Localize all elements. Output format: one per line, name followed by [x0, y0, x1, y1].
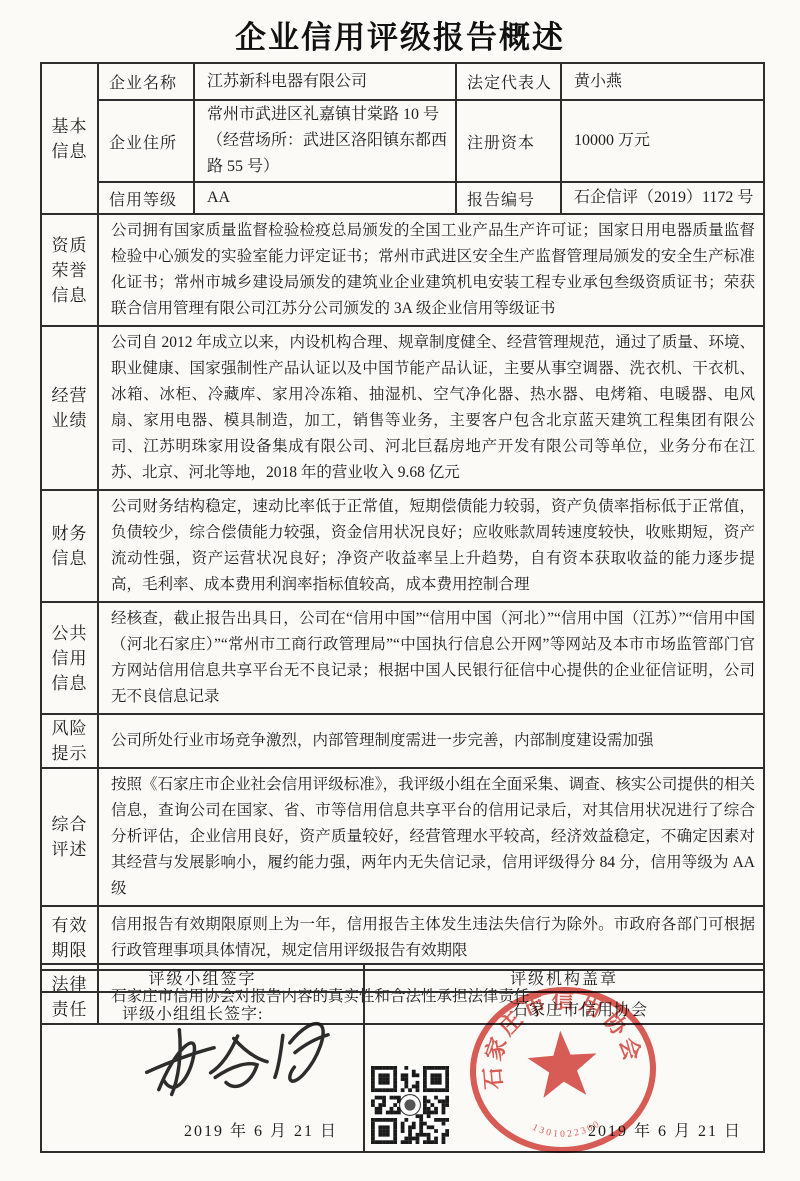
section-label: 财务 信息 — [41, 490, 98, 602]
star-icon — [526, 1028, 600, 1099]
section-label: 经营 业绩 — [41, 326, 98, 490]
table-row: 信用等级 AA 报告编号 石企信评（2019）1172 号 — [41, 182, 764, 214]
field-company-name: 企业名称 — [98, 63, 194, 100]
section-business-performance: 经营 业绩 公司自 2012 年成立以来，内设机构合理、规章制度健全、经营管理规… — [41, 326, 764, 490]
qr-code — [371, 1066, 449, 1144]
section-label: 公共 信用 信息 — [41, 602, 98, 714]
round-seal-icon: 石家庄市信用协会 1301022300 — [460, 977, 666, 1162]
value-legal-rep: 黄小燕 — [561, 63, 764, 100]
leader-handwritten-signature — [142, 1012, 357, 1110]
section-text: 公司财务结构稳定，速动比率低于正常值，短期偿债能力较弱，资产负债率指标低于正常值… — [98, 490, 764, 602]
section-label: 风险 提示 — [41, 714, 98, 768]
section-text: 经核查，截止报告出具日，公司在“信用中国”“信用中国（河北）”“信用中国（江苏）… — [98, 602, 764, 714]
table-row: 基本 信息 企业名称 江苏新科电器有限公司 法定代表人 黄小燕 — [41, 63, 764, 100]
official-stamp: 石家庄市信用协会 1301022300 — [466, 984, 660, 1156]
report-table: 基本 信息 企业名称 江苏新科电器有限公司 法定代表人 黄小燕 企业住所 常州市… — [40, 62, 765, 1025]
signature-scribble-icon — [137, 1001, 361, 1121]
section-text: 公司拥有国家质量监督检验检疫总局颁发的全国工业产品生产许可证；国家日用电器质量监… — [98, 214, 764, 326]
section-label: 资质 荣誉 信息 — [41, 214, 98, 326]
field-registered-capital: 注册资本 — [456, 100, 561, 182]
value-credit-grade: AA — [194, 182, 456, 214]
field-report-number: 报告编号 — [456, 182, 561, 214]
field-address: 企业住所 — [98, 100, 194, 182]
section-text: 信用报告有效期限原则上为一年，信用报告主体发生违法失信行为除外。市政府各部门可根… — [98, 906, 764, 970]
section-public-credit: 公共 信用 信息 经核查，截止报告出具日，公司在“信用中国”“信用中国（河北）”… — [41, 602, 764, 714]
section-text: 按照《石家庄市企业社会信用评级标准》，我评级小组在全面采集、调查、核实公司提供的… — [98, 768, 764, 906]
scanned-report-page: 企业信用评级报告概述 基本 信息 企业名称 江苏新科电器有限公司 法定代表人 黄… — [0, 0, 800, 1181]
section-text: 公司自 2012 年成立以来，内设机构合理、规章制度健全、经营管理规范，通过了质… — [98, 326, 764, 490]
value-company-name: 江苏新科电器有限公司 — [194, 63, 456, 100]
stamp-serial-number: 1301022300 — [530, 1117, 604, 1142]
table-row: 企业住所 常州市武进区礼嘉镇甘棠路 10 号（经营场所：武进区洛阳镇东都西路 5… — [41, 100, 764, 182]
section-text: 公司所处行业市场竞争激烈，内部管理制度需进一步完善，内部制度建设需加强 — [98, 714, 764, 768]
value-address: 常州市武进区礼嘉镇甘棠路 10 号（经营场所：武进区洛阳镇东都西路 55 号） — [194, 100, 456, 182]
section-label: 有效 期限 — [41, 906, 98, 970]
section-risk-notice: 风险 提示 公司所处行业市场竞争激烈，内部管理制度需进一步完善，内部制度建设需加… — [41, 714, 764, 768]
team-signature-date: 2019 年 6 月 21 日 — [184, 1118, 338, 1141]
value-registered-capital: 10000 万元 — [561, 100, 764, 182]
section-financial-info: 财务 信息 公司财务结构稳定，速动比率低于正常值，短期偿债能力较弱，资产负债率指… — [41, 490, 764, 602]
value-report-number: 石企信评（2019）1172 号 — [561, 182, 764, 214]
basic-info-label: 基本 信息 — [41, 63, 98, 214]
section-label: 综合 评述 — [41, 768, 98, 906]
svg-text:1301022300: 1301022300 — [530, 1117, 604, 1142]
section-validity-period: 有效 期限 信用报告有效期限原则上为一年，信用报告主体发生违法失信行为除外。市政… — [41, 906, 764, 970]
field-credit-grade: 信用等级 — [98, 182, 194, 214]
rating-team-signature-header: 评级小组签字 — [41, 964, 364, 992]
section-overall-review: 综合 评述 按照《石家庄市企业社会信用评级标准》，我评级小组在全面采集、调查、核… — [41, 768, 764, 906]
page-title: 企业信用评级报告概述 — [0, 12, 800, 57]
field-legal-rep: 法定代表人 — [456, 63, 561, 100]
section-qualification-honor: 资质 荣誉 信息 公司拥有国家质量监督检验检疫总局颁发的全国工业产品生产许可证；… — [41, 214, 764, 326]
